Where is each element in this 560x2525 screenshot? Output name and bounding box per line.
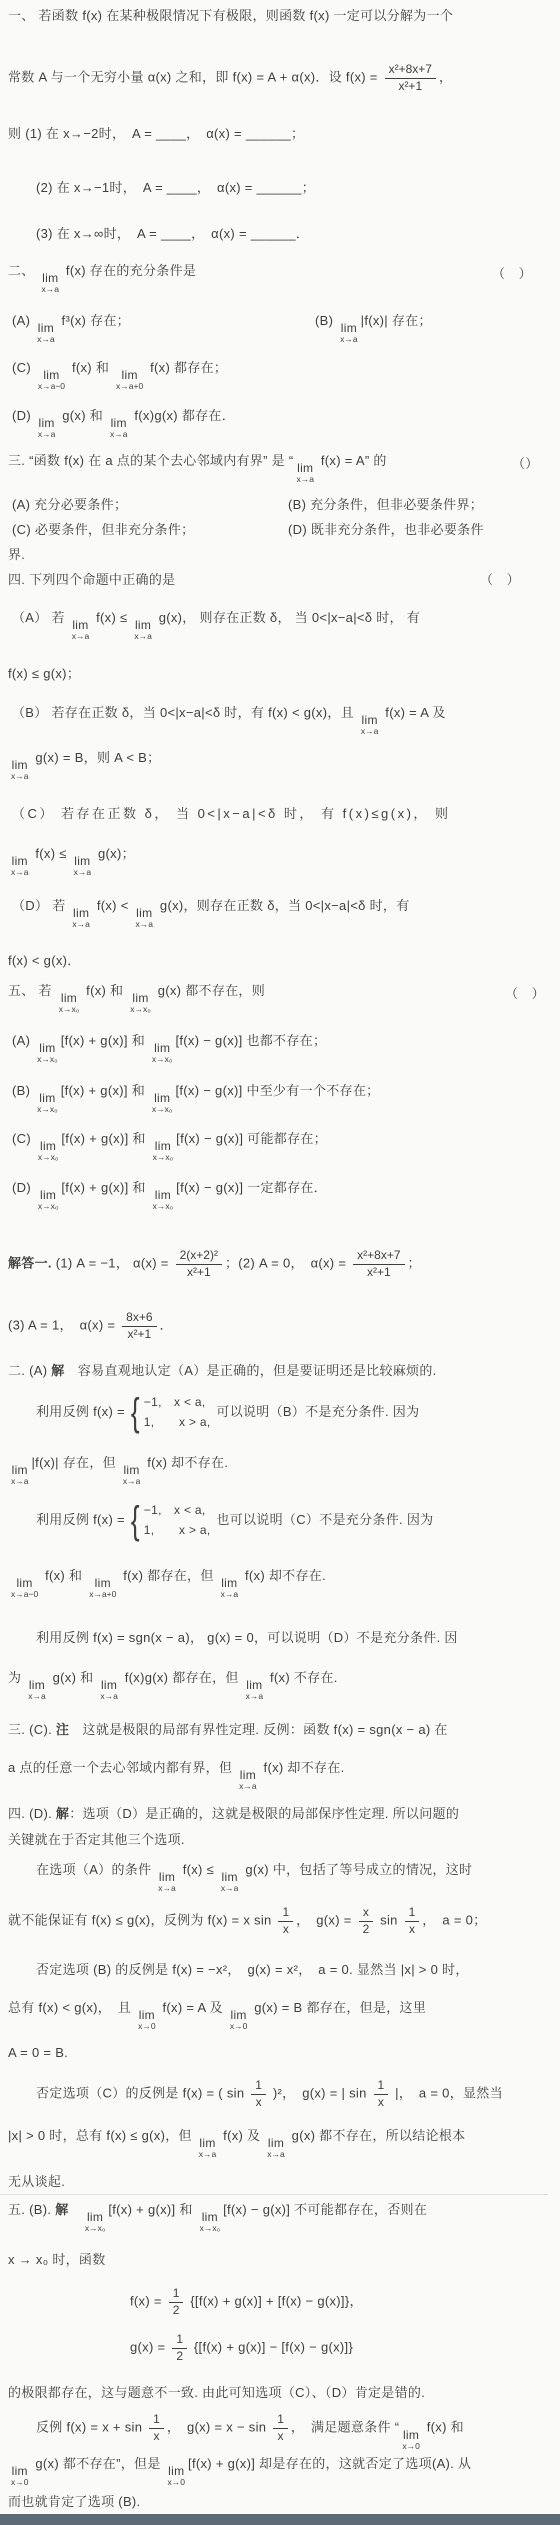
text-line: (C) limx→x₀[f(x) + g(x)] 和 limx→x₀[f(x) … bbox=[12, 1131, 327, 1162]
text-line: 利用反例 f(x) = {−1, x < a,1, x > a, 可以说明（B）… bbox=[36, 1392, 419, 1433]
text-line: x → x₀ 时，函数 bbox=[8, 2252, 106, 2268]
fraction: 1x bbox=[251, 2078, 266, 2110]
fraction: x²+8x+7x²+1 bbox=[353, 1248, 404, 1280]
limit-notation: limx→a bbox=[11, 855, 28, 877]
limit-notation: limx→a bbox=[11, 759, 28, 781]
text-line: |x| > 0 时，总有 f(x) ≤ g(x)，但 limx→a f(x) 及… bbox=[8, 2128, 465, 2159]
limit-notation: limx→a bbox=[267, 2137, 284, 2159]
limit-notation: limx→a bbox=[123, 1464, 140, 1486]
bold-label: 注 bbox=[56, 1722, 69, 1737]
fraction: 1x bbox=[278, 1905, 293, 1937]
text-line: 三. “函数 f(x) 在 a 点的某个去心邻域内有界” 是 “limx→a f… bbox=[8, 453, 387, 484]
bold-label: 解答一. bbox=[8, 1256, 52, 1271]
limit-notation: limx→x₀ bbox=[153, 1189, 174, 1211]
text-line: 为 limx→a g(x) 和 limx→a f(x)g(x) 都存在，但 li… bbox=[8, 1670, 338, 1701]
limit-notation: limx→x₀ bbox=[85, 2211, 106, 2233]
limit-notation: limx→a bbox=[100, 1679, 117, 1701]
text-line: (2) 在 x→−1时， A = ____， α(x) = ______； bbox=[36, 180, 315, 196]
text-line: 五. (B). 解 limx→x₀[f(x) + g(x)] 和 limx→x₀… bbox=[8, 2202, 427, 2233]
text-line: 的极限都存在，这与题意不一致. 由此可知选项（C）、（D）肯定是错的. bbox=[8, 2385, 425, 2401]
text-line: 四. 下列四个命题中正确的是 bbox=[8, 572, 175, 588]
limit-notation: limx→a bbox=[158, 1871, 175, 1893]
text-line: limx→a f(x) ≤ limx→a g(x)； bbox=[8, 846, 135, 877]
limit-notation: limx→a bbox=[72, 907, 89, 929]
text-line: 无从谈起. bbox=[8, 2174, 65, 2190]
limit-notation: limx→x₀ bbox=[38, 1189, 59, 1211]
text-line: (A) limx→a f³(x) 存在； bbox=[12, 313, 130, 344]
limit-notation: limx→0 bbox=[138, 2009, 155, 2031]
text-line: 否定选项（C）的反例是 f(x) = ( sin 1x )²， g(x) = |… bbox=[36, 2078, 503, 2110]
limit-notation: limx→a bbox=[246, 1679, 263, 1701]
limit-notation: limx→x₀ bbox=[59, 992, 80, 1014]
text-line: 二. (A) 解 容易直观地认定（A）是正确的，但是要证明还是比较麻烦的. bbox=[8, 1363, 437, 1379]
limit-notation: limx→a bbox=[72, 619, 89, 641]
limit-notation: limx→x₀ bbox=[38, 1140, 59, 1162]
limit-notation: limx→x₀ bbox=[153, 1140, 174, 1162]
text-line: 一、 若函数 f(x) 在某种极限情况下有极限，则函数 f(x) 一定可以分解为… bbox=[8, 8, 453, 24]
text-line: A = 0 = B. bbox=[8, 2045, 68, 2061]
text-line: (3) 在 x→∞时， A = ____， α(x) = ______． bbox=[36, 226, 309, 242]
fraction: 1x bbox=[405, 1905, 420, 1937]
text-line: 五、 若 limx→x₀ f(x) 和 limx→x₀ g(x) 都不存在，则 bbox=[8, 983, 265, 1014]
text-line: 利用反例 f(x) = {−1, x < a,1, x > a, 也可以说明（C… bbox=[36, 1500, 433, 1541]
text-line: a 点的任意一个去心邻域内都有界，但 limx→a f(x) 却不存在. bbox=[8, 1760, 345, 1791]
text-line: (B) 充分条件，但非必要条件界； bbox=[288, 497, 483, 513]
document-page: 一、 若函数 f(x) 在某种极限情况下有极限，则函数 f(x) 一定可以分解为… bbox=[0, 0, 560, 2525]
limit-notation: limx→a bbox=[37, 322, 54, 344]
limit-notation: limx→x₀ bbox=[37, 1092, 58, 1114]
limit-notation: limx→x₀ bbox=[152, 1092, 173, 1114]
limit-notation: limx→a bbox=[42, 272, 59, 294]
limit-notation: limx→a bbox=[134, 619, 151, 641]
limit-notation: limx→a bbox=[28, 1679, 45, 1701]
limit-notation: limx→a bbox=[361, 714, 378, 736]
limit-notation: limx→a bbox=[340, 322, 357, 344]
text-line: 四. (D). 解：选项（D）是正确的，这就是极限的局部保序性定理. 所以问题的 bbox=[8, 1806, 459, 1822]
limit-notation: limx→a bbox=[239, 1769, 256, 1791]
text-line: 而也就肯定了选项 (B). bbox=[8, 2494, 140, 2510]
text-line: 界. bbox=[8, 547, 25, 563]
limit-notation: limx→a−0 bbox=[11, 1577, 38, 1599]
limit-notation: limx→0 bbox=[230, 2009, 247, 2031]
limit-notation: limx→a+0 bbox=[116, 369, 143, 391]
text-line: （ ） bbox=[492, 266, 532, 282]
text-line: （D） 若 limx→a f(x) < limx→a g(x)，则存在正数 δ，… bbox=[12, 898, 410, 929]
text-line: 二、 limx→a f(x) 存在的充分条件是 bbox=[8, 263, 196, 294]
text-line: (D) limx→x₀[f(x) + g(x)] 和 limx→x₀[f(x) … bbox=[12, 1180, 327, 1211]
text-line: 解答一. (1) A = −1， α(x) = 2(x+2)²x²+1；(2) … bbox=[8, 1248, 421, 1280]
text-line: limx→a|f(x)| 存在，但 limx→a f(x) 却不存在. bbox=[8, 1455, 228, 1486]
text-line: （） bbox=[512, 456, 539, 472]
limit-notation: limx→a bbox=[38, 417, 55, 439]
text-line: (B) limx→a|f(x)| 存在； bbox=[315, 313, 432, 344]
fraction: 1x bbox=[149, 2412, 164, 2444]
text-line: （ ） bbox=[480, 572, 520, 588]
text-line: f(x) ≤ g(x)； bbox=[8, 666, 80, 682]
bold-label: 解 bbox=[55, 2202, 68, 2217]
limit-notation: limx→a bbox=[110, 417, 127, 439]
text-line: 反例 f(x) = x + sin 1x， g(x) = x − sin 1x，… bbox=[36, 2412, 464, 2450]
text-line: 否定选项 (B) 的反例是 f(x) = −x²， g(x) = x²， a =… bbox=[36, 1962, 469, 1978]
fraction: 12 bbox=[172, 2332, 187, 2364]
text-line: 则 (1) 在 x→−2时， A = ____， α(x) = ______； bbox=[8, 126, 304, 142]
limit-notation: limx→x₀ bbox=[200, 2211, 221, 2233]
piecewise-cases: {−1, x < a,1, x > a, bbox=[131, 1500, 211, 1541]
section-divider bbox=[0, 2194, 548, 2195]
text-line: 三. (C). 注 这就是极限的局部有界性定理. 反例：函数 f(x) = sg… bbox=[8, 1722, 448, 1738]
fraction: 1x bbox=[273, 2412, 288, 2444]
text-line: 总有 f(x) < g(x)， 且 limx→0 f(x) = A 及 limx… bbox=[8, 2000, 426, 2031]
fraction: 12 bbox=[169, 2286, 184, 2318]
text-line: 在选项（A）的条件 limx→a f(x) ≤ limx→a g(x) 中，包括… bbox=[36, 1862, 472, 1893]
text-line: limx→a−0 f(x) 和 limx→a+0 f(x) 都存在，但 limx… bbox=[8, 1568, 326, 1599]
fraction: x²+8x+7x²+1 bbox=[385, 62, 436, 94]
text-line: limx→a g(x) = B，则 A < B； bbox=[8, 750, 160, 781]
limit-notation: limx→a+0 bbox=[89, 1577, 116, 1599]
text-line: (C) limx→a−0 f(x) 和 limx→a+0 f(x) 都存在； bbox=[12, 360, 227, 391]
text-line: 常数 A 与一个无穷小量 α(x) 之和，即 f(x) = A + α(x)．设… bbox=[8, 62, 452, 94]
text-line: (3) A = 1， α(x) = 8x+6x²+1． bbox=[8, 1310, 173, 1342]
limit-notation: limx→x₀ bbox=[152, 1042, 173, 1064]
limit-notation: limx→a bbox=[221, 1871, 238, 1893]
text-line: (D) limx→a g(x) 和 limx→a f(x)g(x) 都存在． bbox=[12, 408, 235, 439]
limit-notation: limx→a−0 bbox=[38, 369, 65, 391]
limit-notation: limx→a bbox=[11, 1464, 28, 1486]
limit-notation: limx→x₀ bbox=[37, 1042, 58, 1064]
limit-notation: limx→a bbox=[136, 907, 153, 929]
text-line: （A） 若 limx→a f(x) ≤ limx→a g(x)， 则存在正数 δ… bbox=[12, 610, 420, 641]
text-line: （C） 若存在正数 δ， 当 0<|x−a|<δ 时， 有 f(x)≤g(x)，… bbox=[12, 806, 451, 822]
text-line: (A) limx→x₀[f(x) + g(x)] 和 limx→x₀[f(x) … bbox=[12, 1033, 326, 1064]
limit-notation: limx→a bbox=[296, 462, 313, 484]
text-line: 关键就在于否定其他三个选项. bbox=[8, 1832, 185, 1848]
piecewise-cases: {−1, x < a,1, x > a, bbox=[131, 1392, 211, 1433]
text-line: f(x) = 12 {[f(x) + g(x)] + [f(x) − g(x)]… bbox=[130, 2286, 363, 2318]
limit-notation: limx→a bbox=[74, 855, 91, 877]
text-line: f(x) < g(x)． bbox=[8, 953, 81, 969]
limit-notation: limx→0 bbox=[402, 2429, 419, 2451]
text-line: 就不能保证有 f(x) ≤ g(x)，反例为 f(x) = x sin 1x， … bbox=[8, 1905, 486, 1937]
window-bottom-edge bbox=[0, 2514, 560, 2525]
limit-notation: limx→a bbox=[221, 1577, 238, 1599]
text-line: （B） 若存在正数 δ，当 0<|x−a|<δ 时，有 f(x) < g(x)，… bbox=[12, 705, 446, 736]
fraction: 8x+6x²+1 bbox=[122, 1310, 156, 1342]
text-line: 利用反例 f(x) = sgn(x − a)， g(x) = 0，可以说明（D）… bbox=[36, 1630, 458, 1646]
text-line: (D) 既非充分条件，也非必要条件 bbox=[288, 522, 484, 538]
fraction: 1x bbox=[374, 2078, 389, 2110]
text-line: (C) 必要条件，但非充分条件； bbox=[12, 522, 194, 538]
limit-notation: limx→0 bbox=[168, 2465, 185, 2487]
bold-label: 解 bbox=[56, 1806, 69, 1821]
limit-notation: limx→x₀ bbox=[130, 992, 151, 1014]
limit-notation: limx→0 bbox=[11, 2465, 28, 2487]
text-line: （ ） bbox=[505, 986, 545, 1002]
fraction: x2 bbox=[359, 1905, 374, 1937]
bold-label: 解 bbox=[51, 1363, 64, 1378]
text-line: g(x) = 12 {[f(x) + g(x)] − [f(x) − g(x)]… bbox=[130, 2332, 353, 2364]
text-line: (A) 充分必要条件； bbox=[12, 497, 127, 513]
text-line: (B) limx→x₀[f(x) + g(x)] 和 limx→x₀[f(x) … bbox=[12, 1083, 379, 1114]
fraction: 2(x+2)²x²+1 bbox=[176, 1248, 222, 1280]
text-line: limx→0 g(x) 都不存在”，但是 limx→0[f(x) + g(x)]… bbox=[8, 2456, 471, 2487]
limit-notation: limx→a bbox=[199, 2137, 216, 2159]
